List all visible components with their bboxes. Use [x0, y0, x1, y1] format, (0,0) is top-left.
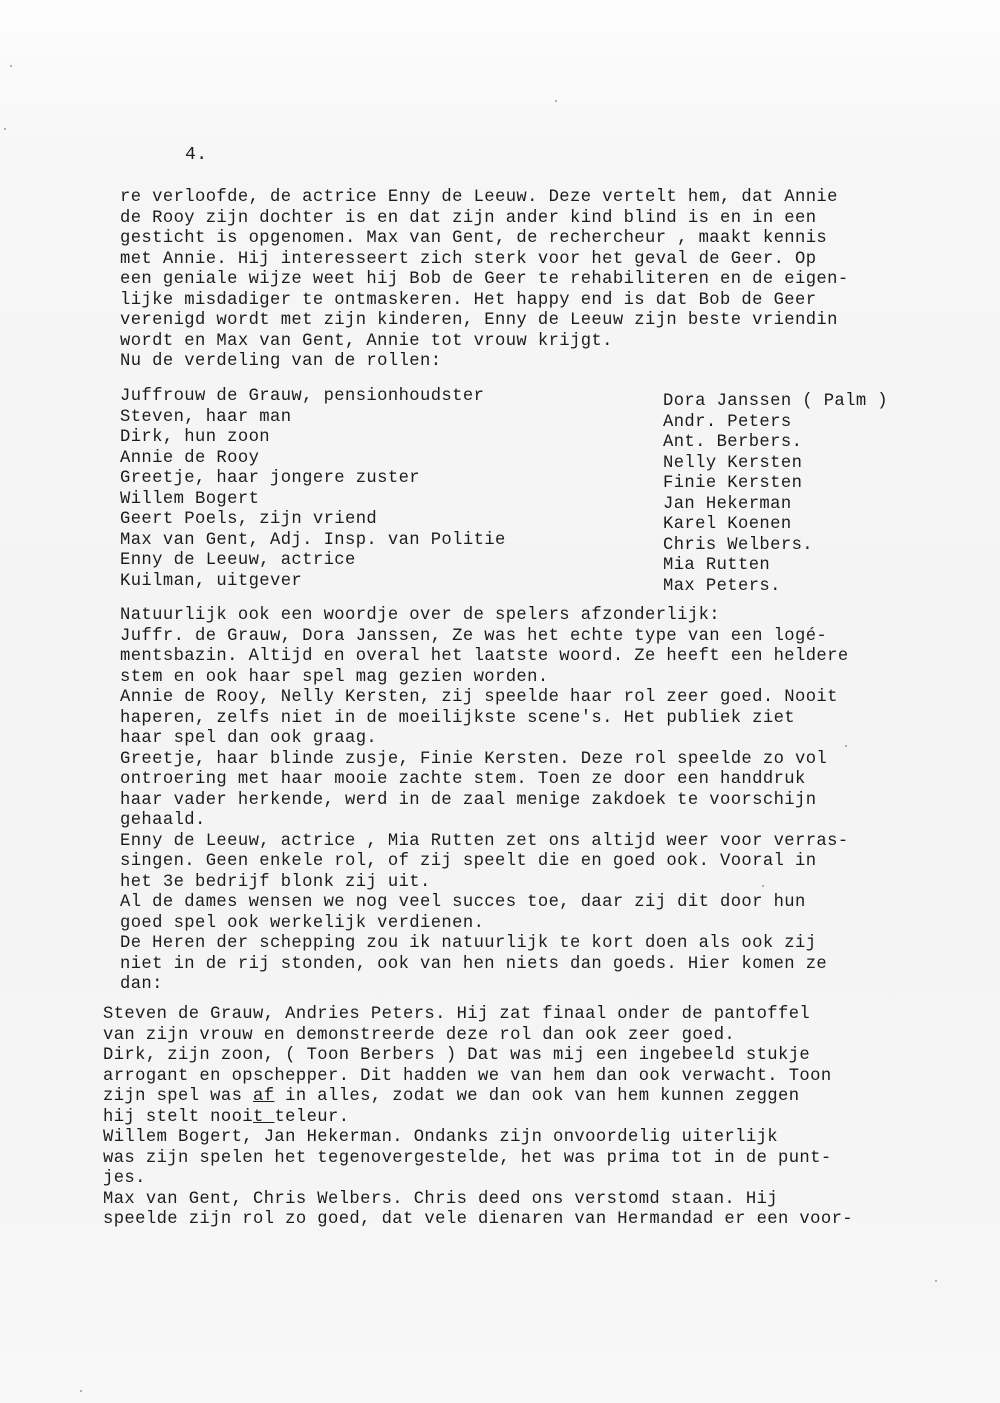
text-line: Steven de Grauw, Andries Peters. Hij zat… — [103, 1005, 963, 1026]
typewritten-page: 4. re verloofde, de actrice Enny de Leeu… — [0, 0, 1000, 1403]
text-run: hij stelt nooi — [103, 1108, 253, 1127]
plot-summary-paragraph: re verloofde, de actrice Enny de Leeuw. … — [120, 188, 980, 373]
text-line: lijke misdadiger te ontmaskeren. Het hap… — [120, 291, 980, 312]
cast-role: Steven, haar man — [120, 408, 580, 429]
underlined-text: t — [253, 1108, 274, 1127]
text-line: Enny de Leeuw, actrice , Mia Rutten zet … — [120, 832, 980, 853]
text-line: de Rooy zijn dochter is en dat zijn ande… — [120, 209, 980, 230]
text-line: singen. Geen enkele rol, of zij speelt d… — [120, 852, 980, 873]
text-line: wordt en Max van Gent, Annie tot vrouw k… — [120, 332, 980, 353]
text-line: een geniale wijze weet hij Bob de Geer t… — [120, 270, 980, 291]
text-line: ontroering met haar mooie zachte stem. T… — [120, 770, 980, 791]
cast-actor: Max Peters. — [663, 577, 963, 598]
scan-speck — [4, 128, 6, 130]
text-line: was zijn spelen het tegenovergestelde, h… — [103, 1149, 963, 1170]
text-line: Max van Gent, Chris Welbers. Chris deed … — [103, 1190, 963, 1211]
cast-role: Juffrouw de Grauw, pensionhoudster — [120, 387, 580, 408]
text-line: haperen, zelfs niet in de moeilijkste sc… — [120, 709, 980, 730]
text-run: in alles, zodat we dan ook van hem kunne… — [274, 1087, 799, 1106]
text-line: Nu de verdeling van de rollen: — [120, 352, 980, 373]
text-line: Annie de Rooy, Nelly Kersten, zij speeld… — [120, 688, 980, 709]
cast-role: Willem Bogert — [120, 490, 580, 511]
text-line: Dirk, zijn zoon, ( Toon Berbers ) Dat wa… — [103, 1046, 963, 1067]
cast-role: Kuilman, uitgever — [120, 572, 580, 593]
cast-actor: Dora Janssen ( Palm ) — [663, 392, 963, 413]
text-line: het 3e bedrijf blonk zij uit. — [120, 873, 980, 894]
text-line: Willem Bogert, Jan Hekerman. Ondanks zij… — [103, 1128, 963, 1149]
text-line: van zijn vrouw en demonstreerde deze rol… — [103, 1026, 963, 1047]
text-run: teleur. — [274, 1108, 349, 1127]
text-line: gesticht is opgenomen. Max van Gent, de … — [120, 229, 980, 250]
text-line: Juffr. de Grauw, Dora Janssen, Ze was he… — [120, 627, 980, 648]
text-line: met Annie. Hij interesseert zich sterk v… — [120, 250, 980, 271]
cast-roles-column: Juffrouw de Grauw, pensionhoudsterSteven… — [120, 387, 580, 592]
cast-actor: Chris Welbers. — [663, 536, 963, 557]
text-line: arrogant en opschepper. Dit hadden we va… — [103, 1067, 963, 1088]
text-line: hij stelt nooit teleur. — [103, 1108, 963, 1129]
text-line: haar vader herkende, werd in de zaal men… — [120, 791, 980, 812]
cast-actor: Andr. Peters — [663, 413, 963, 434]
cast-role: Dirk, hun zoon — [120, 428, 580, 449]
text-line: re verloofde, de actrice Enny de Leeuw. … — [120, 188, 980, 209]
actor-reviews-paragraph: Steven de Grauw, Andries Peters. Hij zat… — [103, 1005, 963, 1231]
text-line: Greetje, haar blinde zusje, Finie Kerste… — [120, 750, 980, 771]
text-line: speelde zijn rol zo goed, dat vele diena… — [103, 1210, 963, 1231]
cast-actor: Nelly Kersten — [663, 454, 963, 475]
scan-speck — [762, 885, 764, 887]
cast-role: Annie de Rooy — [120, 449, 580, 470]
text-line: verenigd wordt met zijn kinderen, Enny d… — [120, 311, 980, 332]
cast-actor: Karel Koenen — [663, 515, 963, 536]
page-number: 4. — [185, 145, 207, 166]
cast-role: Max van Gent, Adj. Insp. van Politie — [120, 531, 580, 552]
text-run: zijn spel was — [103, 1087, 253, 1106]
actress-reviews-paragraph: Natuurlijk ook een woordje over de spele… — [120, 606, 980, 996]
text-line: De Heren der schepping zou ik natuurlijk… — [120, 934, 980, 955]
cast-actor: Finie Kersten — [663, 474, 963, 495]
scan-speck — [80, 1390, 82, 1392]
cast-role: Enny de Leeuw, actrice — [120, 551, 580, 572]
text-line: zijn spel was af in alles, zodat we dan … — [103, 1087, 963, 1108]
cast-actor: Ant. Berbers. — [663, 433, 963, 454]
cast-role: Geert Poels, zijn vriend — [120, 510, 580, 531]
text-line: goed spel ook werkelijk verdienen. — [120, 914, 980, 935]
text-line: gehaald. — [120, 811, 980, 832]
text-line: Al de dames wensen we nog veel succes to… — [120, 893, 980, 914]
cast-actor: Mia Rutten — [663, 556, 963, 577]
scan-speck — [935, 1280, 937, 1282]
scan-speck — [10, 65, 12, 67]
cast-actors-column: Dora Janssen ( Palm )Andr. PetersAnt. Be… — [663, 392, 963, 597]
scan-speck — [845, 745, 847, 747]
text-line: jes. — [103, 1169, 963, 1190]
text-line: haar spel dan ook graag. — [120, 729, 980, 750]
text-line: niet in de rij stonden, ook van hen niet… — [120, 955, 980, 976]
underlined-text: af — [253, 1087, 274, 1106]
text-line: dan: — [120, 975, 980, 996]
cast-role: Greetje, haar jongere zuster — [120, 469, 580, 490]
text-line: stem en ook haar spel mag gezien worden. — [120, 668, 980, 689]
text-line: Natuurlijk ook een woordje over de spele… — [120, 606, 980, 627]
cast-actor: Jan Hekerman — [663, 495, 963, 516]
scan-speck — [555, 100, 557, 102]
text-line: mentsbazin. Altijd en overal het laatste… — [120, 647, 980, 668]
